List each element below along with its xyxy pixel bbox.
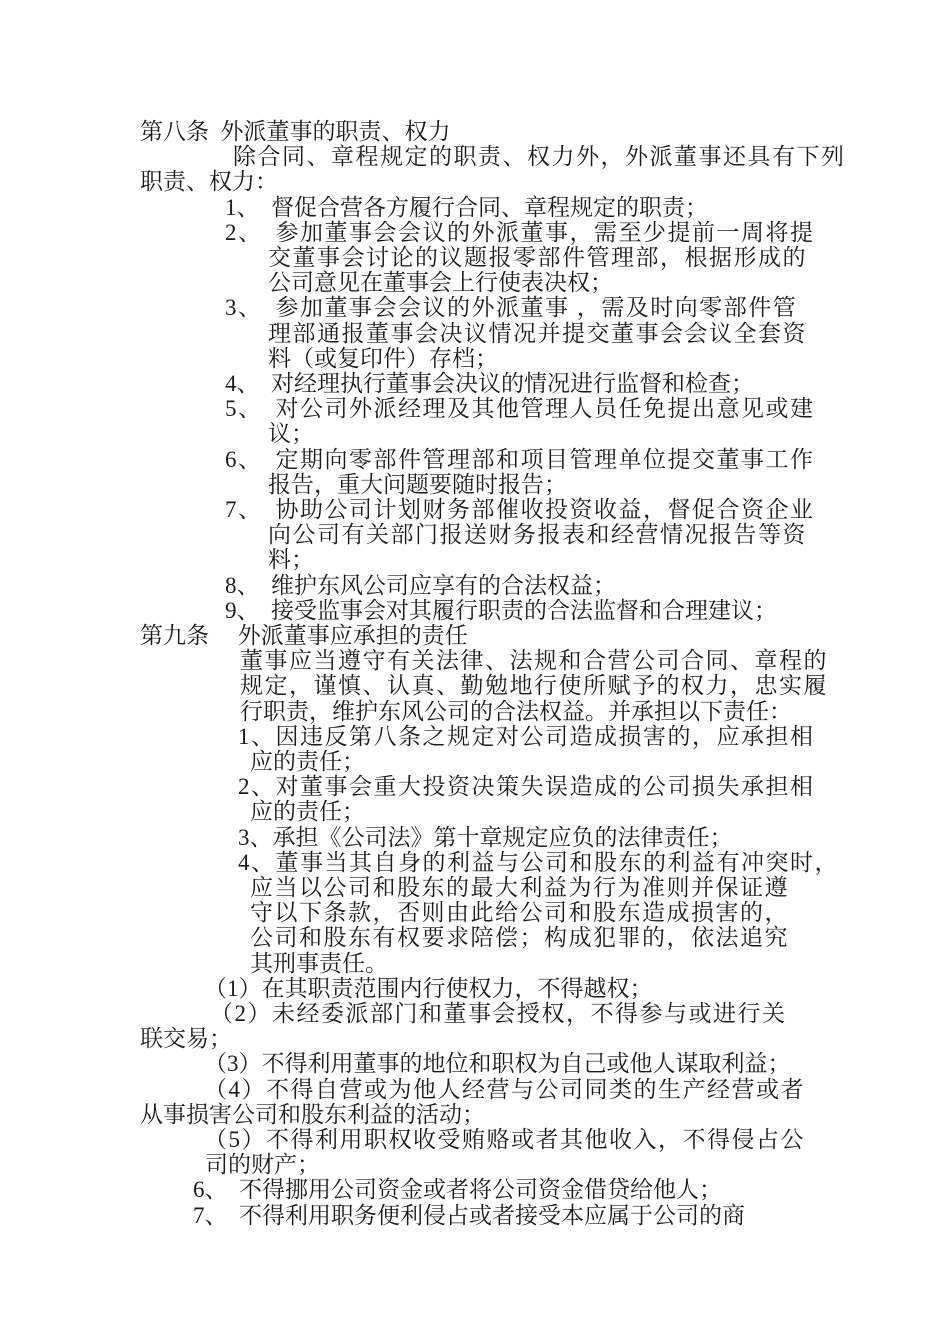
list-item: 4、董事当其自身的利益与公司和股东的利益有冲突时， — [238, 850, 839, 875]
continuation-line: 联交易； — [140, 1026, 232, 1051]
paragraph-line: 除合同、章程规定的职责、权力外，外派董事还具有下列 — [233, 144, 846, 169]
list-item: 9、 接受监事会对其履行职责的合法监督和合理建议； — [225, 598, 777, 623]
list-item: 2、对董事会重大投资决策失误造成的公司损失承担相 — [238, 774, 815, 799]
list-item: 3、承担《公司法》第十章规定应负的法律责任； — [238, 825, 733, 850]
sub-item: （4）不得自营或为他人经营与公司同类的生产经营或者 — [204, 1077, 805, 1102]
list-item: 7、 不得利用职务便利侵占或者接受本应属于公司的商 — [193, 1203, 745, 1228]
continuation-line: 理部通报董事会决议情况并提交董事会会议全套资 — [268, 321, 807, 346]
list-item: 6、 不得挪用公司资金或者将公司资金借贷给他人； — [193, 1177, 722, 1202]
list-item: 1、 督促合营各方履行合同、章程规定的职责； — [225, 195, 708, 220]
continuation-line: 报告，重大问题要随时报告； — [268, 472, 567, 497]
continuation-line: 料； — [268, 547, 314, 572]
continuation-line: 司的财产； — [205, 1152, 320, 1177]
continuation-line: 应的责任； — [250, 749, 365, 774]
list-item: 7、 协助公司计划财务部催收投资收益，督促合资企业 — [225, 497, 815, 522]
continuation-line: 料（或复印件）存档； — [268, 346, 498, 371]
list-item: 1、因违反第八条之规定对公司造成损害的，应承担相 — [238, 724, 815, 749]
continuation-line: 从事损害公司和股东利益的活动； — [140, 1102, 485, 1127]
sub-item: （5）不得利用职权收受贿赂或者其他收入，不得侵占公 — [204, 1127, 805, 1152]
continuation-line: 其刑事责任。 — [250, 951, 388, 976]
paragraph-line: 董事应当遵守有关法律、法规和合营公司合同、章程的 — [240, 648, 828, 673]
list-item: 2、 参加董事会会议的外派董事，需至少提前一周将提 — [225, 220, 815, 245]
continuation-line: 交董事会讨论的议题报零部件管理部，根据形成的 — [268, 245, 807, 270]
continuation-line: 应的责任； — [250, 799, 365, 824]
list-item: 6、 定期向零部件管理部和项目管理单位提交董事工作 — [225, 447, 815, 472]
continuation-line: 应当以公司和股东的最大利益为行为准则并保证遵 — [250, 875, 789, 900]
sub-item: （3）不得利用董事的地位和职权为自己或他人谋取利益； — [204, 1051, 791, 1076]
paragraph-line: 规定，谨慎、认真、勤勉地行使所赋予的权力，忠实履 — [240, 673, 828, 698]
continuation-line: 守以下条款，否则由此给公司和股东造成损害的， — [250, 900, 789, 925]
list-item: 8、 维护东风公司应享有的合法权益； — [225, 573, 616, 598]
continuation-line: 向公司有关部门报送财务报表和经营情况报告等资 — [268, 522, 807, 547]
paragraph-line: 职责、权力： — [140, 169, 278, 194]
sub-item: （2）未经委派部门和董事会授权，不得参与或进行关 — [210, 1001, 787, 1026]
list-item: 5、 对公司外派经理及其他管理人员任免提出意见或建 — [225, 396, 815, 421]
list-item: 4、 对经理执行董事会决议的情况进行监督和检查； — [225, 371, 754, 396]
continuation-line: 议； — [268, 421, 314, 446]
continuation-line: 公司意见在董事会上行使表决权； — [268, 270, 613, 295]
article-9-heading: 第九条 外派董事应承担的责任 — [140, 623, 468, 648]
continuation-line: 公司和股东有权要求陪偿；构成犯罪的，依法追究 — [250, 925, 789, 950]
paragraph-line: 行职责，维护东风公司的合法权益。并承担以下责任： — [240, 699, 792, 724]
document-page: 第八条 外派董事的职责、权力除合同、章程规定的职责、权力外，外派董事还具有下列职… — [0, 0, 950, 1344]
article-8-heading: 第八条 外派董事的职责、权力 — [140, 119, 451, 144]
list-item: 3、 参加董事会会议的外派董事 ，需及时向零部件管 — [225, 295, 797, 320]
sub-item: （1）在其职责范围内行使权力，不得越权； — [204, 976, 653, 1001]
